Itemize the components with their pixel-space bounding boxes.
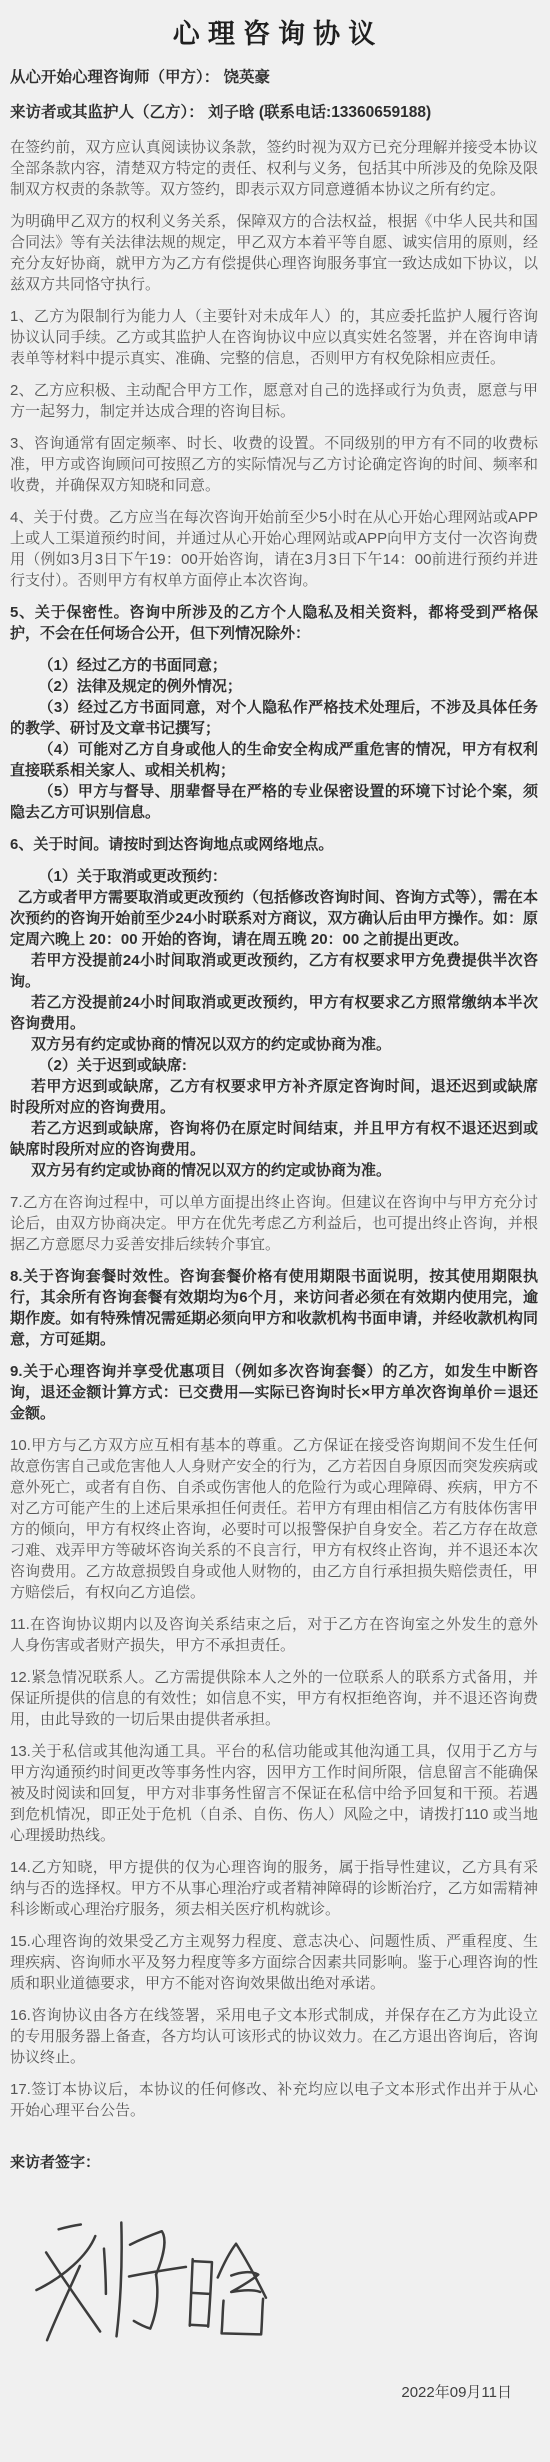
signing-date: 2022年09月11日	[10, 2381, 512, 2402]
clause-6-item-1-rule: 双方另有约定或协商的情况以双方的约定或协商为准。	[10, 1034, 538, 1055]
clause-3: 3、咨询通常有固定频率、时长、收费的设置。不同级别的甲方有不同的收费标准，甲方或…	[10, 433, 538, 496]
clause-8: 8.关于咨询套餐时效性。咨询套餐价格有使用期限书面说明，按其使用期限执行，其余所…	[10, 1266, 538, 1350]
clause-6-item-1: （1）关于取消或更改预约：	[10, 866, 538, 887]
clause-15: 15.心理咨询的效果受乙方主观努力程度、意志决心、问题性质、严重程度、生理疾病、…	[10, 1931, 538, 1994]
clause-5: 5、关于保密性。咨询中所涉及的乙方个人隐私及相关资料，都将受到严格保护，不会在任…	[10, 602, 538, 644]
page-title: 心理咨询协议	[10, 12, 538, 51]
clause-5-item-4: （4）可能对乙方自身或他人的生命安全构成严重危害的情况，甲方有权利直接联系相关家…	[10, 739, 538, 781]
clause-9: 9.关于心理咨询并享受优惠项目（例如多次咨询套餐）的乙方，如发生中断咨询，退还金…	[10, 1361, 538, 1424]
clause-10: 10.甲方与乙方双方应互相有基本的尊重。乙方保证在接受咨询期间不发生任何故意伤害…	[10, 1435, 538, 1603]
clause-13: 13.关于私信或其他沟通工具。平台的私信功能或其他沟通工具，仅用于乙方与甲方沟通…	[10, 1741, 538, 1846]
clause-5-item-1: （1）经过乙方的书面同意；	[10, 655, 538, 676]
clause-14: 14.乙方知晓，甲方提供的仅为心理咨询的服务，属于指导性建议，乙方具有采纳与否的…	[10, 1857, 538, 1920]
clause-6-item-1-rule: 若乙方没提前24小时间取消或更改预约，甲方有权要求乙方照常缴纳本半次咨询费用。	[10, 992, 538, 1034]
clause-2: 2、乙方应积极、主动配合甲方工作，愿意对自己的选择或行为负责，愿意与甲方一起努力…	[10, 380, 538, 422]
clause-1: 1、乙方为限制行为能力人（主要针对未成年人）的，其应委托监护人履行咨询协议认同手…	[10, 306, 538, 369]
clause-6-item-2-rule: 若乙方迟到或缺席，咨询将仍在原定时间结束，并且甲方有权不退还迟到或缺席时段所对应…	[10, 1118, 538, 1160]
clause-5-item-5: （5）甲方与督导、朋辈督导在严格的专业保密设置的环境下讨论个案，须隐去乙方可识别…	[10, 781, 538, 823]
counseling-agreement-document: 心理咨询协议 从心开始心理咨询师（甲方）： 饶英豪 来访者或其监护人（乙方）： …	[0, 0, 550, 2462]
clause-5-item-2: （2）法律及规定的例外情况；	[10, 676, 538, 697]
party-a-line: 从心开始心理咨询师（甲方）： 饶英豪	[10, 67, 538, 88]
clause-6-item-2: （2）关于迟到或缺席:	[10, 1055, 538, 1076]
clause-5-item-3: （3）经过乙方书面同意，对个人隐私作严格技术处理后，不涉及具体任务的教学、研讨及…	[10, 697, 538, 739]
clause-12: 12.紧急情况联系人。乙方需提供除本人之外的一位联系人的联系方式备用，并保证所提…	[10, 1667, 538, 1730]
clause-4: 4、关于付费。乙方应当在每次咨询开始前至少5小时在从心开始心理网站或APP上或人…	[10, 507, 538, 591]
clause-7: 7.乙方在咨询过程中，可以单方面提出终止咨询。但建议在咨询中与甲方充分讨论后，由…	[10, 1192, 538, 1255]
visitor-signature-label: 来访者签字：	[10, 2151, 538, 2172]
clause-6-item-2-rule: 双方另有约定或协商的情况以双方的约定或协商为准。	[10, 1160, 538, 1181]
clause-6: 6、关于时间。请按时到达咨询地点或网络地点。	[10, 834, 538, 855]
clause-17: 17.签订本协议后，本协议的任何修改、补充均应以电子文本形式作出并于从心开始心理…	[10, 2079, 538, 2121]
clause-6-item-2-rule: 若甲方迟到或缺席，乙方有权要求甲方补齐原定咨询时间，退还迟到或缺席时段所对应的咨…	[10, 1076, 538, 1118]
party-b-line: 来访者或其监护人（乙方）： 刘子晗 (联系电话:13360659188)	[10, 102, 538, 123]
clause-6-item-1-detail: 乙方或者甲方需要取消或更改预约（包括修改咨询时间、咨询方式等），需在本次预约的咨…	[10, 887, 538, 950]
signature-scribble	[22, 2200, 292, 2355]
clause-16: 16.咨询协议由各方在线签署，采用电子文本形式制成，并保存在乙方为此设立的专用服…	[10, 2005, 538, 2068]
clause-11: 11.在咨询协议期内以及咨询关系结束之后，对于乙方在咨询室之外发生的意外人身伤害…	[10, 1614, 538, 1656]
clause-6-item-1-rule: 若甲方没提前24小时间取消或更改预约，乙方有权要求甲方免费提供半次咨询。	[10, 950, 538, 992]
intro-paragraph: 为明确甲乙双方的权利义务关系，保障双方的合法权益，根据《中华人民共和国合同法》等…	[10, 211, 538, 295]
intro-paragraph: 在签约前，双方应认真阅读协议条款，签约时视为双方已充分理解并接受本协议全部条款内…	[10, 137, 538, 200]
